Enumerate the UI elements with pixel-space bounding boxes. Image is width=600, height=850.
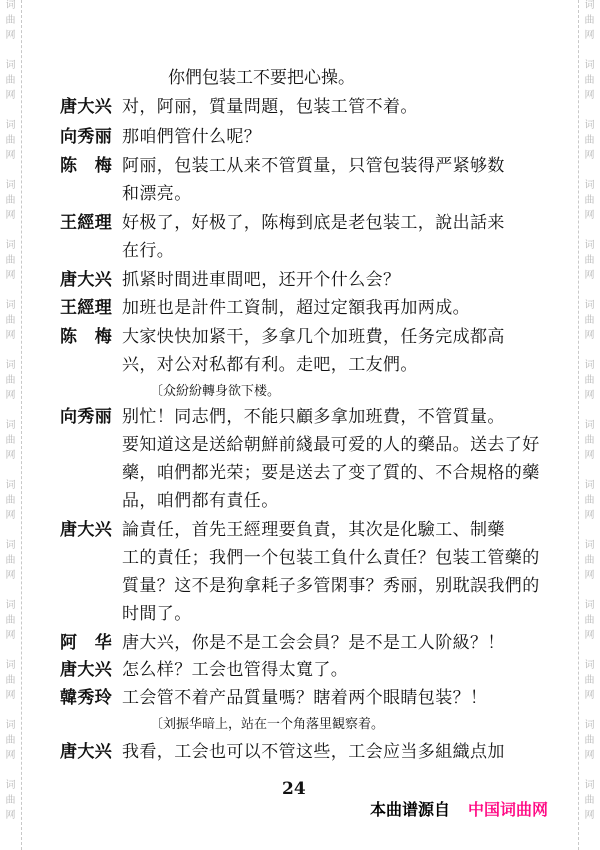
- dialogue-continuation: 在行。: [60, 240, 174, 262]
- watermark-glyph-group: 词曲网: [0, 598, 21, 643]
- stage-direction: 〔众紛紛轉身欲下楼。: [150, 383, 280, 401]
- dialogue-continuation: 兴，对公对私都有利。走吧，工友們。: [60, 354, 418, 376]
- watermark-glyph-group: 词曲网: [0, 0, 21, 43]
- script-page: 你們包装工不要把心操。 唐大兴对，阿丽，質量問題，包装工管不着。 向秀丽那咱們管…: [60, 0, 530, 850]
- watermark-glyph-group: 词曲网: [0, 538, 21, 583]
- dialogue-line: 唐大兴对，阿丽，質量問題，包装工管不着。: [60, 96, 418, 118]
- source-site-link[interactable]: 中国词曲网: [468, 800, 548, 819]
- dialogue-line: 陈 梅大家快快加紧干，多拿几个加班費，任务完成都高: [60, 326, 505, 348]
- watermark-glyph-group: 词曲网: [579, 778, 600, 823]
- speaker-name: 唐大兴: [60, 741, 122, 763]
- watermark-glyph-group: 词曲网: [579, 0, 600, 43]
- dialogue-line: 阿 华唐大兴，你是不是工会会員？是不是工人阶級？！: [60, 632, 505, 654]
- watermark-glyph-group: 词曲网: [0, 58, 21, 103]
- dialogue-continuation: 工的責任；我們一个包装工負什么責任？包装工管藥的: [60, 547, 540, 569]
- dialogue-line: 唐大兴我看，工会也可以不管这些，工会应当多組織点加: [60, 741, 505, 763]
- speaker-name: 唐大兴: [60, 659, 122, 681]
- speaker-name: 王經理: [60, 212, 122, 234]
- dialogue-continuation: 要知道这是送給朝鮮前綫最可爱的人的藥品。送去了好: [60, 434, 540, 456]
- watermark-glyph-group: 词曲网: [0, 358, 21, 403]
- source-credit: 本曲谱源自中国词曲网: [370, 797, 548, 820]
- watermark-glyph-group: 词曲网: [579, 418, 600, 463]
- right-watermark-strip: 词曲网词曲网词曲网词曲网词曲网词曲网词曲网词曲网词曲网词曲网词曲网词曲网词曲网词…: [578, 0, 600, 850]
- watermark-glyph-group: 词曲网: [579, 358, 600, 403]
- stage-direction: 〔刘振华暗上，站在一个角落里観察着。: [150, 716, 384, 734]
- watermark-glyph-group: 词曲网: [0, 178, 21, 223]
- speaker-name: 韓秀玲: [60, 687, 122, 709]
- speaker-name: 唐大兴: [60, 519, 122, 541]
- dialogue-line: 陈 梅阿丽，包装工从来不管質量，只管包装得严紧够数: [60, 155, 505, 177]
- dialogue-line: 王經理好极了，好极了，陈梅到底是老包装工，說出話来: [60, 212, 505, 234]
- dialogue-continuation: 藥，咱們都光荣；要是送去了变了質的、不合規格的藥: [60, 462, 540, 484]
- watermark-glyph-group: 词曲网: [0, 238, 21, 283]
- speaker-name: 唐大兴: [60, 96, 122, 118]
- watermark-glyph-group: 词曲网: [579, 538, 600, 583]
- watermark-glyph-group: 词曲网: [579, 298, 600, 343]
- watermark-glyph-group: 词曲网: [579, 478, 600, 523]
- dialogue-line: 韓秀玲工会管不着产品質量嗎？瞎着两个眼睛包装？！: [60, 687, 487, 709]
- watermark-glyph-group: 词曲网: [0, 478, 21, 523]
- watermark-glyph-group: 词曲网: [0, 778, 21, 823]
- dialogue-line: 向秀丽那咱們管什么呢？: [60, 126, 261, 148]
- speaker-name: 王經理: [60, 297, 122, 319]
- watermark-glyph-group: 词曲网: [579, 718, 600, 763]
- watermark-glyph-group: 词曲网: [0, 418, 21, 463]
- watermark-glyph-group: 词曲网: [579, 118, 600, 163]
- dialogue-line: 王經理加班也是計件工資制，超过定額我再加两成。: [60, 297, 470, 319]
- continuation-line: 你們包装工不要把心操。: [168, 67, 355, 89]
- dialogue-continuation: 时間了。: [60, 603, 192, 625]
- watermark-glyph-group: 词曲网: [0, 718, 21, 763]
- dialogue-continuation: 質量？这不是狗拿耗子多管閑事？秀丽，别耽誤我們的: [60, 575, 540, 597]
- left-watermark-strip: 词曲网词曲网词曲网词曲网词曲网词曲网词曲网词曲网词曲网词曲网词曲网词曲网词曲网词…: [0, 0, 22, 850]
- watermark-glyph-group: 词曲网: [0, 298, 21, 343]
- dialogue-line: 唐大兴怎么样？工会也管得太寬了。: [60, 659, 348, 681]
- watermark-glyph-group: 词曲网: [579, 598, 600, 643]
- dialogue-line: 唐大兴抓紧时間进車間吧，还开个什么会？: [60, 269, 400, 291]
- speaker-name: 唐大兴: [60, 269, 122, 291]
- page-number: 24: [282, 779, 306, 799]
- speaker-name: 向秀丽: [60, 406, 122, 428]
- speaker-name: 陈 梅: [60, 155, 122, 177]
- dialogue-line: 唐大兴論責任，首先王經理要負責，其次是化驗工、制藥: [60, 519, 505, 541]
- watermark-glyph-group: 词曲网: [579, 658, 600, 703]
- watermark-glyph-group: 词曲网: [579, 58, 600, 103]
- watermark-glyph-group: 词曲网: [579, 238, 600, 283]
- watermark-glyph-group: 词曲网: [579, 178, 600, 223]
- watermark-glyph-group: 词曲网: [0, 118, 21, 163]
- speaker-name: 陈 梅: [60, 326, 122, 348]
- dialogue-continuation: 品，咱們都有責任。: [60, 490, 279, 512]
- source-label: 本曲谱源自: [370, 800, 450, 819]
- dialogue-continuation: 和漂亮。: [60, 183, 192, 205]
- speaker-name: 向秀丽: [60, 126, 122, 148]
- dialogue-line: 向秀丽别忙！同志們，不能只顧多拿加班費，不管質量。: [60, 406, 505, 428]
- speaker-name: 阿 华: [60, 632, 122, 654]
- watermark-glyph-group: 词曲网: [0, 658, 21, 703]
